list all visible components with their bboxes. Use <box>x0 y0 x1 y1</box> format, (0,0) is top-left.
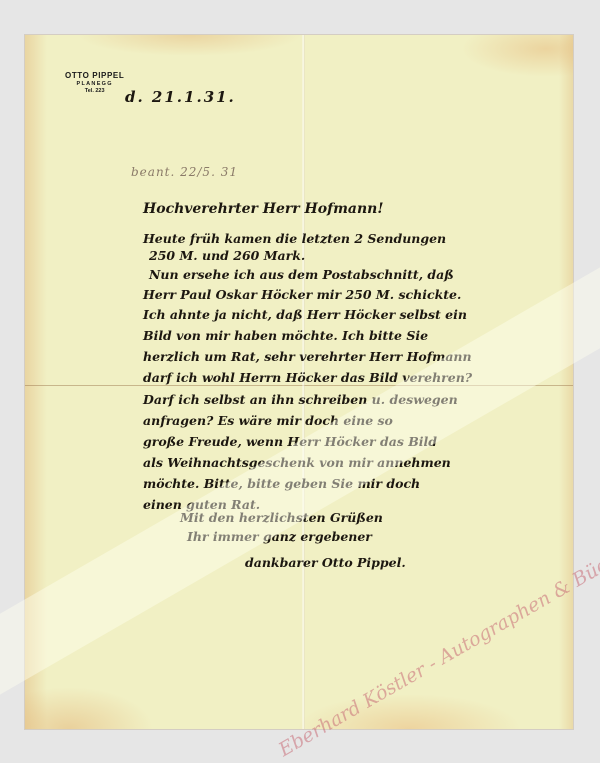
letterhead-place: PLANEGG <box>65 81 124 87</box>
body-line: Ich ahnte ja nicht, daß Herr Höcker selb… <box>143 307 467 322</box>
letter-date: d. 21.1.31. <box>125 88 236 106</box>
body-line: Heute früh kamen die letzten 2 Sendungen <box>143 231 446 246</box>
body-line: Bild von mir haben möchte. Ich bitte Sie <box>143 328 428 343</box>
body-line: Nun ersehe ich aus dem Postabschnitt, da… <box>149 267 454 282</box>
letterhead: OTTO PIPPEL PLANEGG Tel. 223 <box>65 71 124 94</box>
body-line: Herr Paul Oskar Höcker mir 250 M. schick… <box>143 287 461 302</box>
letterhead-telephone: Tel. 223 <box>65 88 124 94</box>
pencil-annotation: beant. 22/5. 31 <box>131 165 238 179</box>
signature: dankbarer Otto Pippel. <box>245 555 406 570</box>
salutation: Hochverehrter Herr Hofmann! <box>143 201 384 217</box>
letterhead-name: OTTO PIPPEL <box>65 71 124 80</box>
body-line: 250 M. und 260 Mark. <box>149 248 305 263</box>
body-line: herzlich um Rat, sehr verehrter Herr Hof… <box>143 349 472 364</box>
